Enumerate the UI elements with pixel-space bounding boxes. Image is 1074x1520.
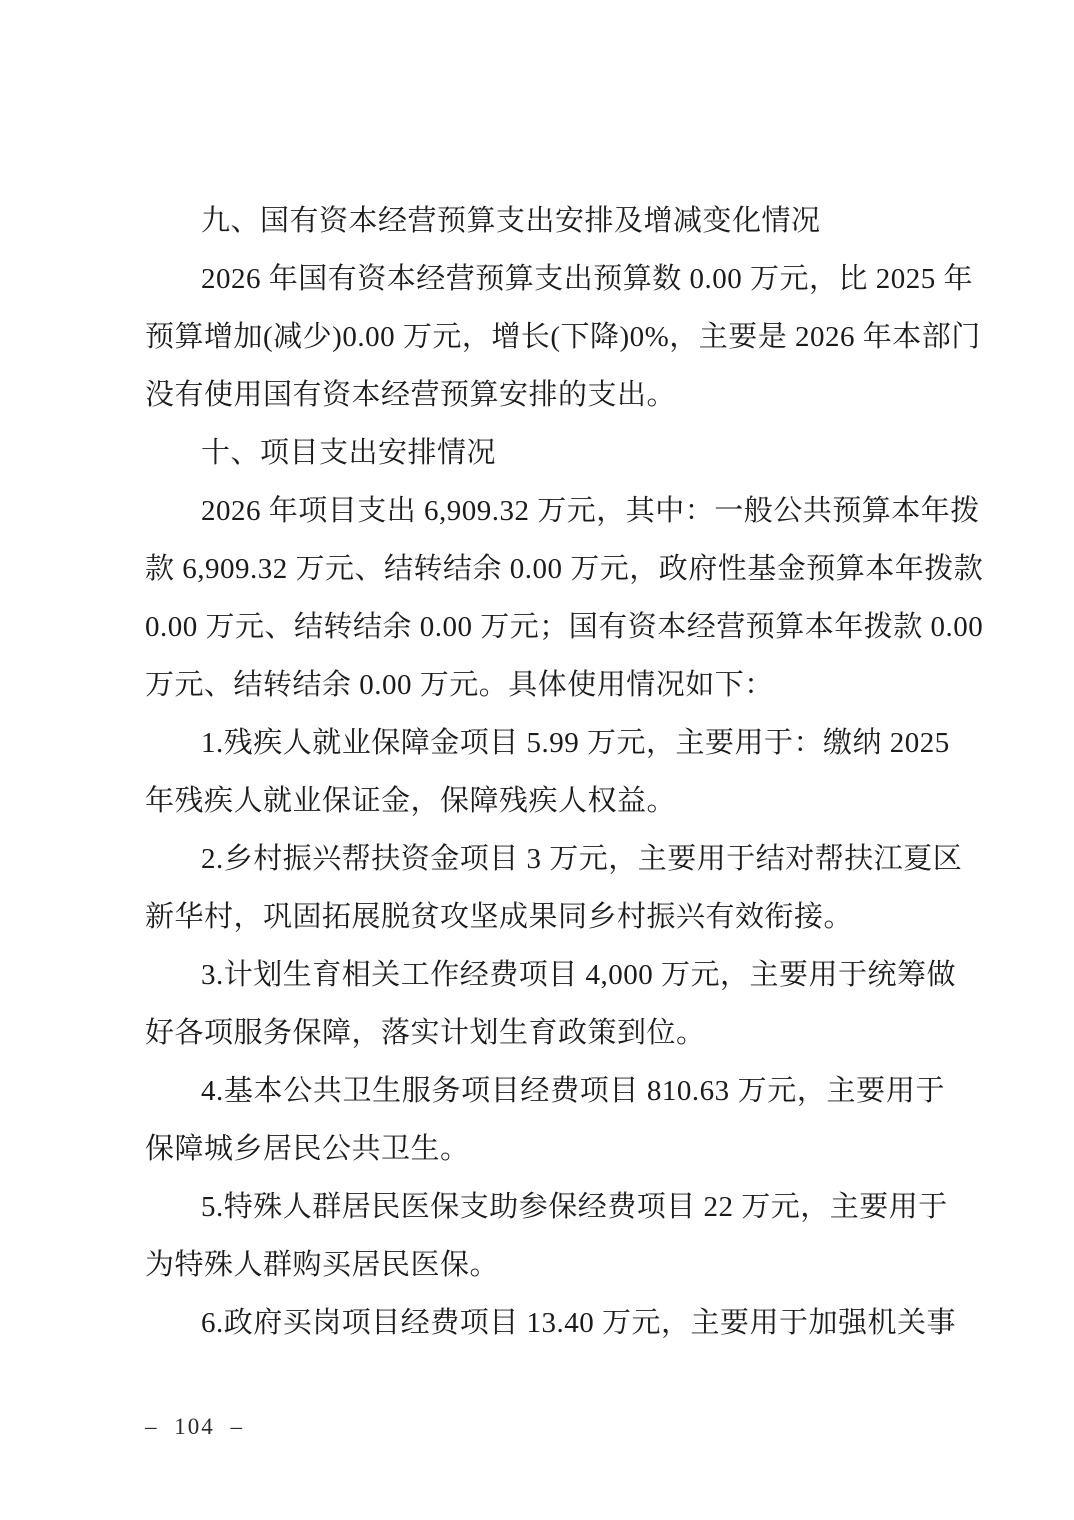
project-summary-line: 款 6,909.32 万元、结转结余 0.00 万元，政府性基金预算本年拨款 [145, 540, 945, 598]
project-summary-line: 2026 年项目支出 6,909.32 万元，其中：一般公共预算本年拨 [145, 482, 945, 540]
project-item-1-line: 1.残疾人就业保障金项目 5.99 万元，主要用于：缴纳 2025 [145, 714, 945, 772]
project-item-3-line: 好各项服务保障，落实计划生育政策到位。 [145, 1004, 945, 1062]
section-nine-para-line: 预算增加(减少)0.00 万元，增长(下降)0%，主要是 2026 年本部门 [145, 308, 945, 366]
project-summary-line: 万元、结转结余 0.00 万元。具体使用情况如下： [145, 656, 945, 714]
project-summary-line: 0.00 万元、结转结余 0.00 万元；国有资本经营预算本年拨款 0.00 [145, 598, 945, 656]
project-item-6-line: 6.政府买岗项目经费项目 13.40 万元，主要用于加强机关事 [145, 1294, 945, 1352]
project-item-5-line: 为特殊人群购买居民医保。 [145, 1236, 945, 1294]
section-ten-heading: 十、项目支出安排情况 [145, 424, 945, 482]
project-item-2-line: 新华村，巩固拓展脱贫攻坚成果同乡村振兴有效衔接。 [145, 888, 945, 946]
section-nine-heading: 九、国有资本经营预算支出安排及增减变化情况 [145, 192, 945, 250]
project-item-4-line: 4.基本公共卫生服务项目经费项目 810.63 万元，主要用于 [145, 1062, 945, 1120]
project-item-3-line: 3.计划生育相关工作经费项目 4,000 万元，主要用于统筹做 [145, 946, 945, 1004]
project-item-1-line: 年残疾人就业保证金，保障残疾人权益。 [145, 772, 945, 830]
document-page: 九、国有资本经营预算支出安排及增减变化情况 2026 年国有资本经营预算支出预算… [0, 0, 1074, 1520]
document-body: 九、国有资本经营预算支出安排及增减变化情况 2026 年国有资本经营预算支出预算… [145, 192, 945, 1352]
section-nine-para-line: 2026 年国有资本经营预算支出预算数 0.00 万元，比 2025 年 [145, 250, 945, 308]
project-item-4-line: 保障城乡居民公共卫生。 [145, 1120, 945, 1178]
section-nine-para-line: 没有使用国有资本经营预算安排的支出。 [145, 366, 945, 424]
page-number: – 104 – [145, 1412, 244, 1442]
project-item-5-line: 5.特殊人群居民医保支助参保经费项目 22 万元，主要用于 [145, 1178, 945, 1236]
project-item-2-line: 2.乡村振兴帮扶资金项目 3 万元，主要用于结对帮扶江夏区 [145, 830, 945, 888]
